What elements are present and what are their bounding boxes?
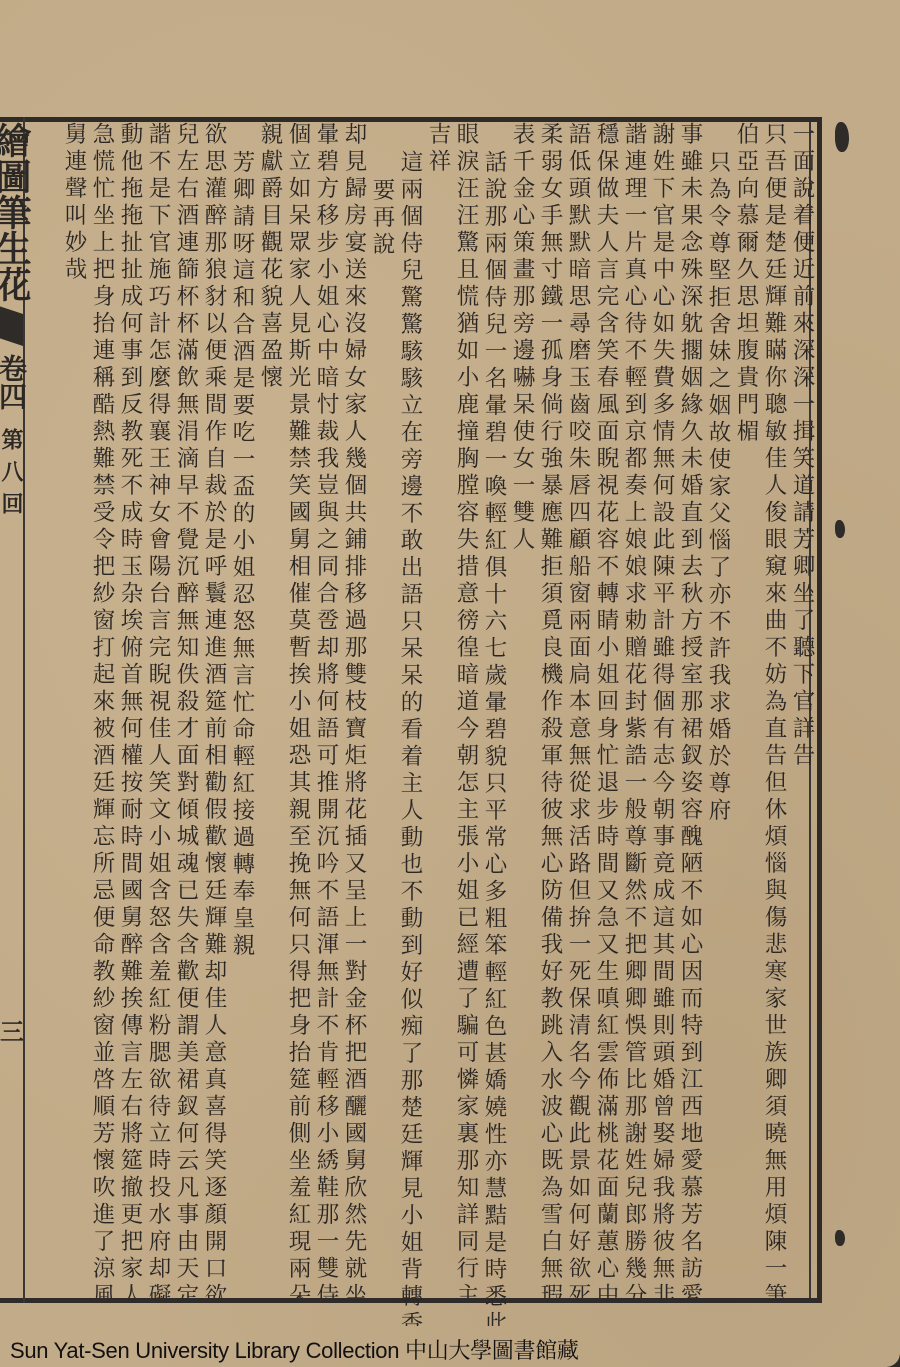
- text-column: 吉祥: [424, 122, 452, 1298]
- library-watermark: Sun Yat-Sen University Library Collectio…: [10, 1334, 579, 1365]
- text-column: 諧不是下官施巧計怎麼得襄王神女會陽台言完睨視佳人笑文小姐含怒含羞紅粉腮欲待立時投…: [144, 122, 172, 1298]
- binding-hole-icon: [835, 520, 845, 538]
- text-column: 謝姓下官是中心如失費多情無何設此陳平計雖得個有志今朝事竟成這其間雖則頭婚曾娶婦我…: [648, 122, 676, 1298]
- text-column: 動他拖拖扯扯成何事到反教死不成時玉杂埃俯首無何權按耐時間國舅醉難挨傳言左右將筵撤…: [116, 122, 144, 1298]
- text-column: 急慌忙坐上把身抬連稱酷熱難禁受令把紗窗打起來被酒廷輝忘所忌便命教紗窗並啓順芳懷吹…: [88, 122, 116, 1298]
- text-column: 舅連聲叫妙哉: [60, 122, 88, 1298]
- text-column: 諧連理一片真心待不輕到京都奏上娘娘求勅贈花封紫誥一般尊斷然不把卿卿悞管比那謝姓兒…: [620, 122, 648, 1298]
- text-column: 兒左右酒連篩杯杯滿飲無涓滴早不覺沉醉無知佚殺才面對傾城魂已失含歡便謂美裙釵何云凡…: [172, 122, 200, 1298]
- spine-chapter: 第八回: [0, 428, 26, 524]
- text-column: 一面說着便近前來深深一揖笑道請芳卿坐了聽下官詳告: [788, 122, 816, 1298]
- text-column: 眼淚汪汪驚且慌猶如小鹿撞胸膛容失措意徬徨暗道今朝怎主張小姐已經遭了騙可憐家裏那知…: [452, 122, 480, 1298]
- text-column: 穩保做夫人言完含笑春風面睨視花容不轉睛小姐回身忙退步時間又急又生嗔紅雲佈滿桃花面…: [592, 122, 620, 1298]
- text-column: 欲思灌醉那狼豺以便乘間作自裁於是呼鬟連進酒筵前相勸假歡懷廷輝難却佳人意真喜得笑逐…: [200, 122, 228, 1298]
- text-column: 却見歸房宴送來沒婦女家人幾個共鋪排移過那雙枝寶炬將花插又呈上一對金杯把酒釃國舅欣…: [340, 122, 368, 1298]
- text-column: 表千金心策畫那旁邊嚇呆使女一雙人: [508, 122, 536, 1298]
- book-page: 繪圖筆生花 卷四 第八回 三 一面說着便近前來深深一揖笑道請芳卿坐了聽下官詳告只…: [0, 0, 900, 1367]
- vertical-text-body: 一面說着便近前來深深一揖笑道請芳卿坐了聽下官詳告只吾便是楚廷輝難瞞你聰敏佳人俊眼…: [26, 122, 816, 1298]
- spine-volume: 卷四: [0, 354, 27, 410]
- text-column: 暈碧方移步小姐心中暗忖裁我豈與之同合卺却將何語可推開沉吟不語渾無計不肯輕移小綉鞋…: [312, 122, 340, 1298]
- spine-page-number: 三: [0, 1012, 22, 1047]
- text-column: 事雖未果念殊深躭擱姻緣久未婚直到去秋方授室那裙釵姿容醜陋不如心因而特到江西地愛慕…: [676, 122, 704, 1298]
- text-column: 語低頭默默暗思尋磨玉齒咬朱唇四顧船窗兩面扃本意無從求活路但拚一死保清名今觀此景如…: [564, 122, 592, 1298]
- text-column: 個立如呆眾家人見斯光景難禁笑國舅相催莫暫挨小姐恐其親至挽無何只得把身抬筵前側坐羞…: [284, 122, 312, 1298]
- text-column: 只吾便是楚廷輝難瞞你聰敏佳人俊眼窺來曲不妨為直告但休煩惱與傷悲寒家世族卿須曉無用…: [760, 122, 788, 1298]
- spine-title-block: 繪圖筆生花 卷四 第八回: [0, 122, 22, 524]
- binding-hole-icon: [835, 122, 849, 152]
- text-column: 芳卿請呀這和合酒是要吃一盃的小姐忍怒無言忙命輕紅接過轉奉皇親: [228, 122, 256, 1326]
- text-column: 這兩個侍兒驚驚駭駭立在旁邊不敢出語只呆呆的看着主人動也不動到好似痴了那楚廷輝見小…: [396, 122, 424, 1326]
- text-column: 話說那兩個侍兒一名暈碧一喚輕紅俱十六七歲暈碧貌只平常心多粗笨輕紅色甚嬌嬈性亦慧黠…: [480, 122, 508, 1326]
- binding-hole-icon: [835, 1230, 845, 1246]
- text-column: 要再說: [368, 122, 396, 1354]
- text-column: 只為令尊堅拒舍妹之姻故使家父惱了亦不許我求婚於尊府: [704, 122, 732, 1326]
- text-column: 柔弱女手無寸鐵一孤身倘行強暴應難拒須覓良機作殺軍待彼無心防備我好教跳入水波心既為…: [536, 122, 564, 1298]
- text-column: 親獻爵目觀花貌喜盈懷: [256, 122, 284, 1298]
- fishtail-ornament-icon: [0, 306, 23, 346]
- text-column: 伯亞向慕爾久思坦腹貴門楣: [732, 122, 760, 1298]
